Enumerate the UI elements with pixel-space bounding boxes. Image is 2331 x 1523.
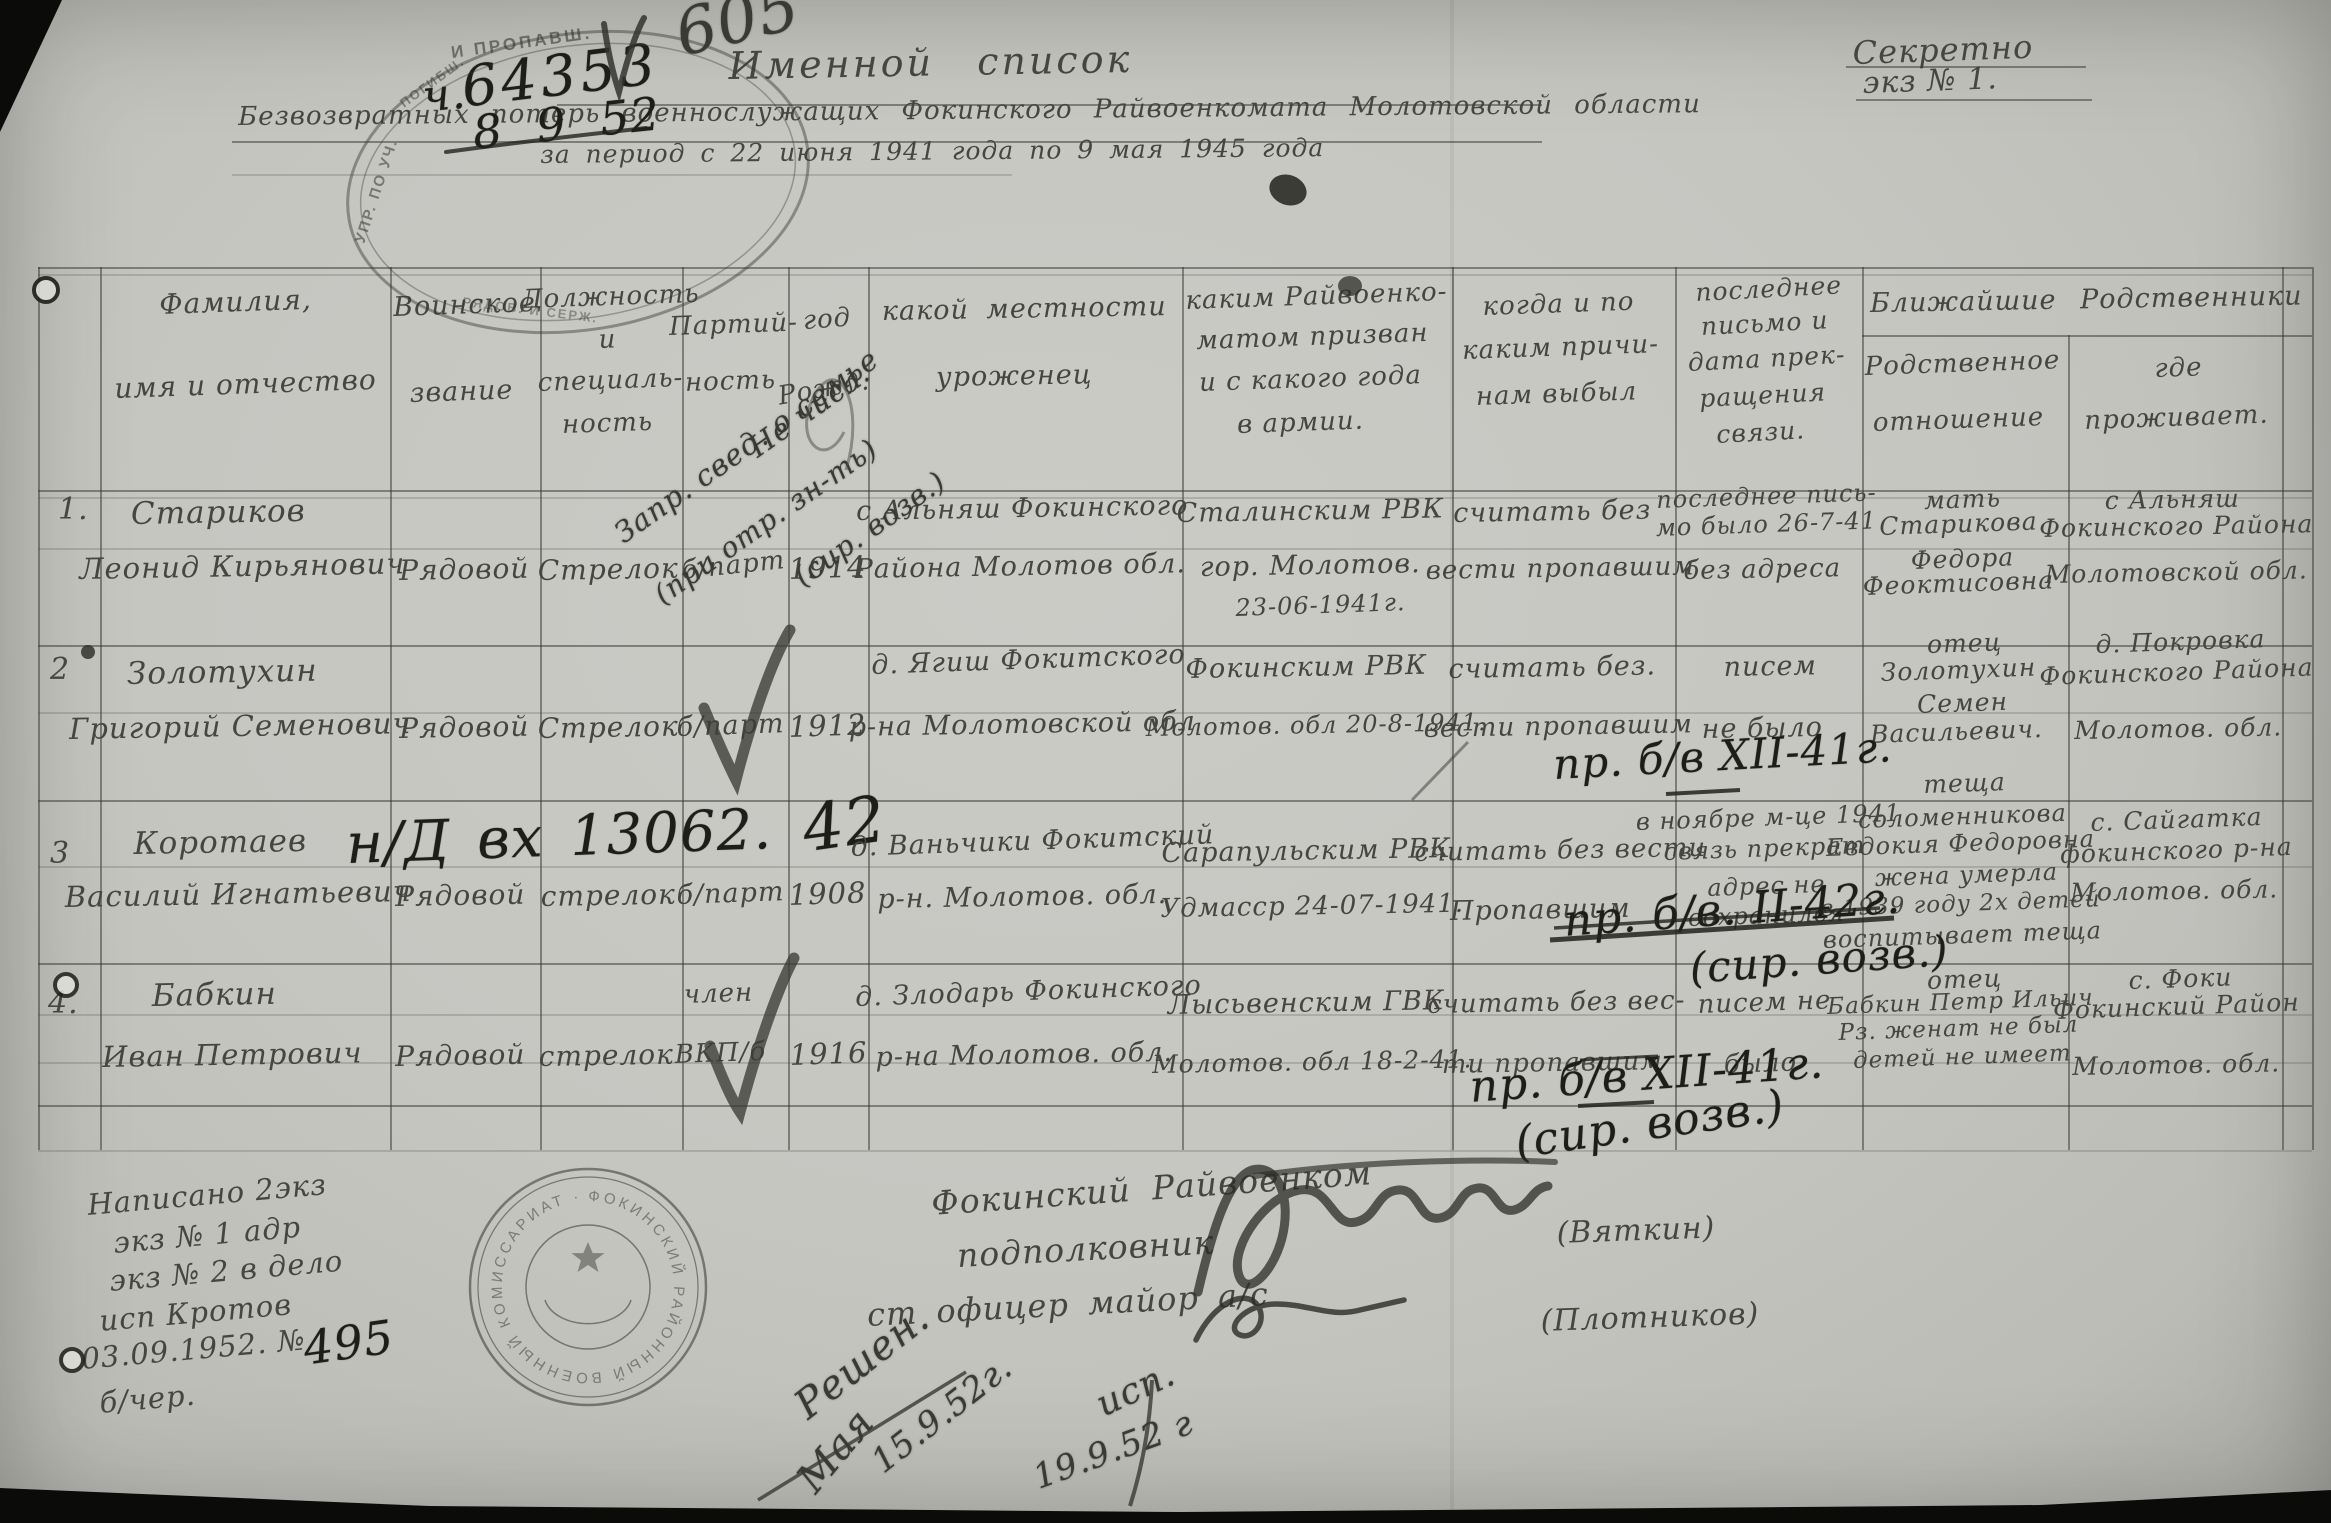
officer-name: (Плотников)	[1540, 1296, 1760, 1339]
table-line	[2282, 267, 2284, 1150]
header-letter: дата прек-	[1687, 340, 1846, 377]
row-name: Григорий Семенович	[69, 706, 412, 746]
header-rank: Воинское	[393, 287, 537, 323]
round-stamp-text: ФОКИНСКИЙ РАЙОННЫЙ ВОЕННЫЙ КОМИССАРИАТ ·…	[0, 0, 688, 1386]
oval-stamp-text: УПР. ПО УЧ.	[352, 136, 402, 245]
row-party: б/парт	[676, 708, 785, 743]
header-rvk: матом призван	[1196, 318, 1429, 356]
header-origin: уроженец	[936, 359, 1093, 393]
row-origin: р-н. Молотов. обл.	[877, 879, 1167, 915]
row-duty: Стрелок	[538, 710, 679, 745]
ink-smudge	[1265, 169, 1311, 210]
underline	[1666, 790, 1740, 794]
row-letter: без адреса	[1683, 553, 1841, 586]
row-fate: вести пропавшим	[1425, 551, 1695, 586]
row-surname: Золотухин	[127, 653, 318, 692]
row-origin: р-на Молотов. обл.	[875, 1037, 1173, 1073]
row-origin: д. Злодарь Фокинского	[855, 970, 1203, 1013]
row-relative: Феоктисовна	[1862, 565, 2054, 601]
header-letter: ращения	[1699, 377, 1827, 413]
header-relatives-group: Ближайшие Родственники	[1870, 280, 2303, 319]
table-line	[1862, 335, 2312, 337]
row-residence: Молотов. обл.	[2070, 874, 2278, 907]
rule	[1856, 99, 2092, 101]
row-rvk: гор. Молотов.	[1200, 548, 1421, 583]
pen-stroke	[1412, 742, 1468, 800]
hole-punch	[61, 1349, 83, 1371]
table-line	[38, 1105, 2312, 1107]
header-relation: отношение	[1872, 402, 2044, 438]
row-rvk: Лысьвенским ГВК	[1167, 985, 1445, 1021]
commissar-title: Фокинский Райвоенком	[930, 1153, 1373, 1223]
row-name: Леонид Кирьянович	[79, 546, 406, 586]
row-letter: писем не	[1697, 985, 1832, 1020]
row-origin: Района Молотов обл.	[854, 548, 1186, 585]
header-duty: Должность	[521, 279, 700, 315]
row-number: 4.	[48, 986, 79, 1021]
row-surname: Стариков	[131, 493, 306, 532]
paper-fold	[1450, 0, 1454, 1512]
page-title: Именной список	[728, 37, 1132, 88]
header-party: ность	[684, 365, 776, 398]
row-relative: Старикова	[1879, 506, 2038, 541]
table-line	[2312, 267, 2314, 1150]
row-fate: считать без вес-	[1427, 985, 1686, 1020]
table-line	[868, 267, 870, 1150]
row-number: 3	[50, 836, 70, 871]
outgoing-number: 495	[300, 1309, 397, 1375]
row-relative: теща	[1923, 767, 2006, 799]
document-paper: Секретно экз № 1. 605 Именной список Без…	[0, 0, 2331, 1523]
header-letter: письмо и	[1700, 305, 1829, 341]
header-when: когда и по	[1482, 287, 1635, 322]
table-line	[38, 274, 2312, 276]
scanned-document: Секретно экз № 1. 605 Именной список Без…	[0, 0, 2331, 1523]
row-duty: стрелок	[540, 878, 676, 913]
row-surname: Бабкин	[151, 976, 277, 1014]
header-rvk: в армии.	[1237, 406, 1365, 440]
row-relative: Васильевич.	[1870, 714, 2044, 749]
row-relative: жена умерла	[1874, 858, 2058, 892]
row-rank: Рядовой	[395, 1038, 526, 1073]
table-line	[38, 267, 2312, 269]
row-relative: детей не имеет	[1853, 1040, 2073, 1074]
commissar-name: (Вяткин)	[1556, 1210, 1716, 1251]
header-rvk: каким Райвоенко-	[1185, 277, 1448, 316]
row-origin: р-на Молотовской обл	[848, 706, 1196, 743]
header-residence: проживает.	[2084, 400, 2269, 436]
row-residence: Молотовской обл.	[2044, 555, 2308, 589]
row-fate: считать без	[1453, 495, 1652, 529]
row-rvk: Удмасср 24-07-1941.	[1160, 889, 1464, 924]
header-year: год	[802, 303, 852, 336]
header-duty: специаль-	[537, 363, 684, 398]
row-origin: д. Ваньчики Фокитский	[850, 819, 1215, 863]
row-year: 1908	[788, 875, 867, 912]
row-number: 2	[50, 652, 70, 687]
row-fate: считать без.	[1448, 650, 1656, 685]
rule	[1846, 66, 2086, 68]
row-duty: стрелок	[538, 1038, 674, 1073]
header-rvk: и с какого года	[1199, 360, 1423, 398]
row-name: Василий Игнатьевич	[65, 874, 412, 914]
row-rank: Рядовой	[399, 552, 530, 587]
row-party: б/парт	[676, 876, 785, 911]
header-fio: имя и отчество	[114, 363, 377, 405]
header-residence: где	[2154, 352, 2203, 384]
table-line	[38, 267, 40, 1150]
commissar-rank: подполковник	[956, 1223, 1215, 1275]
row-rvk: Сталинским РВК	[1176, 493, 1444, 529]
emblem-arc	[545, 1300, 631, 1324]
header-rank: звание	[409, 374, 514, 409]
row-party: член	[683, 978, 753, 1010]
row-rank: Рядовой	[395, 878, 526, 913]
header-origin: какой местности	[882, 291, 1167, 327]
row-relative: Семен	[1917, 687, 2009, 719]
row-name: Иван Петрович	[102, 1035, 363, 1074]
star-emblem-icon	[572, 1242, 605, 1272]
table-line	[38, 1150, 2312, 1152]
copies-note: б/чер.	[98, 1378, 197, 1420]
header-when: каким причи-	[1462, 329, 1660, 366]
ink-registration: н/Д вх 13062.	[345, 797, 773, 877]
header-relation: Родственное	[1864, 345, 2061, 382]
row-year: 1916	[789, 1035, 868, 1072]
row-residence: д. Покровка	[2095, 624, 2266, 659]
row-rank: Рядовой	[399, 710, 530, 745]
ink-spot	[81, 645, 95, 659]
row-residence: Фокинского Района	[2039, 509, 2314, 543]
header-fio: Фамилия,	[159, 283, 313, 321]
row-relative: Золотухин	[1880, 653, 2036, 687]
row-rvk: Молотов. обл 18-2-41.	[1152, 1044, 1473, 1079]
header-when: нам выбыл	[1475, 376, 1637, 412]
header-letter: последнее	[1695, 270, 1843, 307]
table-line	[100, 267, 102, 1150]
row-residence: Фокинского Района	[2039, 652, 2314, 691]
row-letter: писем	[1723, 650, 1817, 683]
row-surname: Коротаев	[133, 823, 307, 862]
table-line	[540, 267, 542, 1150]
checkmark-icon	[704, 630, 790, 780]
row-residence: Молотов. обл.	[2072, 1048, 2280, 1081]
header-letter: связи.	[1716, 415, 1806, 449]
rule	[232, 174, 1012, 176]
table-line	[1675, 267, 1677, 1150]
row-party: ВКП/б	[674, 1037, 767, 1070]
header-duty: и	[598, 324, 617, 355]
row-number: 1.	[58, 492, 89, 527]
header-duty: ность	[561, 407, 653, 440]
table-line	[682, 267, 684, 1150]
row-rvk: Сарапульским РВК	[1161, 833, 1451, 869]
row-residence: Молотов. обл.	[2074, 712, 2282, 745]
row-rvk: Фокинским РВК	[1185, 650, 1427, 685]
header-party: Партий-	[669, 308, 799, 342]
row-residence: с. Сайгатка	[2090, 802, 2263, 837]
row-rvk: 23-06-1941г.	[1235, 588, 1406, 622]
ink-annotation: (сир. возв.)	[1688, 926, 1950, 993]
